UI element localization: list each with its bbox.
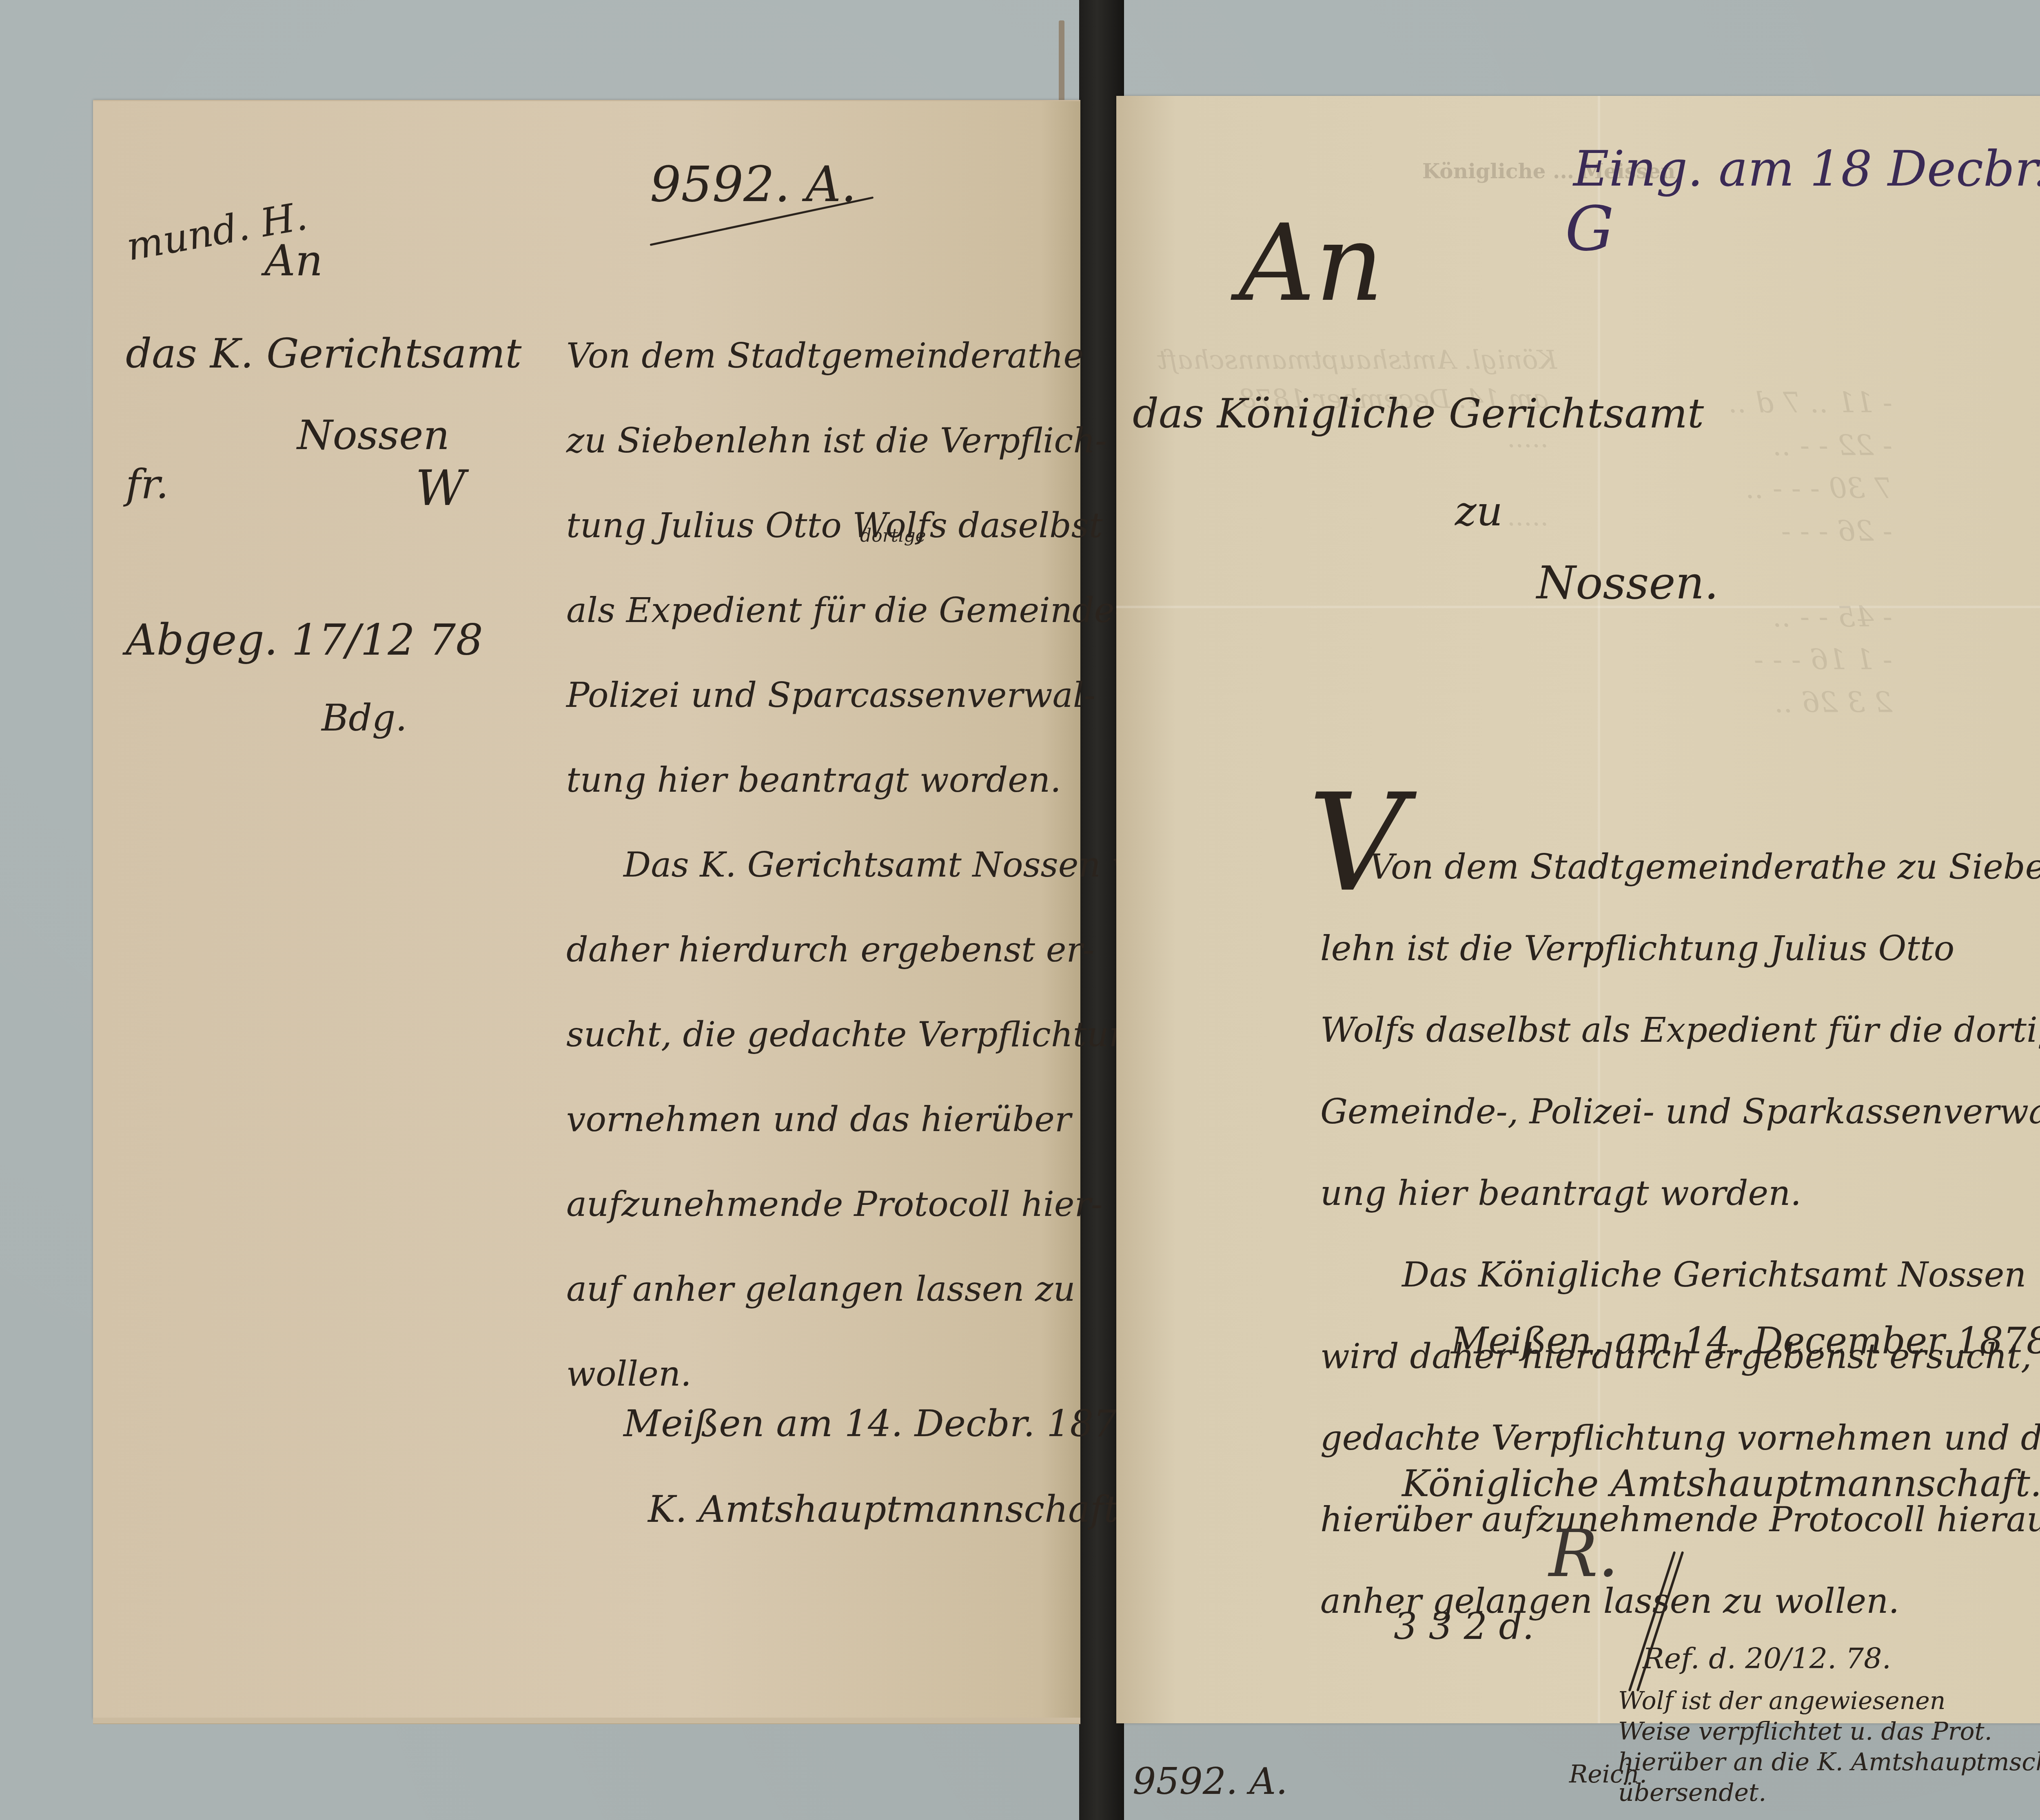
receipt-mark: G <box>1565 194 1614 265</box>
margin-note-fr: fr. <box>126 460 169 508</box>
draft-signature: K. Amtshauptmannschaft <box>648 1488 1118 1531</box>
margin-initials: Bdg. <box>322 697 407 740</box>
letter-line: lehn ist die Verpflichtung Julius Otto <box>1320 908 2040 989</box>
draft-line: Das K. Gerichtsamt Nossen wird <box>566 822 1190 907</box>
binding-thread <box>1059 20 1064 102</box>
journal-number: 3 3 2 d. <box>1394 1605 1534 1648</box>
draft-line: zu Siebenlehn ist die Verpflich- <box>566 398 1190 483</box>
annotation-line: hierüber an die K. Amtshauptmsch. <box>1618 1748 2040 1776</box>
left-page: 9592. A. mund. H. An das K. Gerichtsamt … <box>93 100 1080 1718</box>
address-salutation: An <box>1239 202 1384 325</box>
draft-insertion: dortige <box>860 525 926 546</box>
address-preposition: zu <box>1455 487 1503 535</box>
address-recipient: das Königliche Gerichtsamt <box>1133 390 1704 437</box>
letter-line: Wolfs daselbst als Expedient für die dor… <box>1320 989 2040 1071</box>
margin-note-abgeg: Abgeg. 17/12 78 <box>126 615 483 665</box>
receipt-note: Eing. am 18 Decbr. 1878 <box>1573 141 2040 197</box>
paraph: R. <box>1549 1515 1619 1592</box>
letter-body: Von dem Stadtgemeinderathe zu Sieben- le… <box>1320 826 2040 1642</box>
draft-body: Von dem Stadtgemeinderathe zu Siebenlehn… <box>566 313 1190 1416</box>
margin-mark: W <box>415 460 466 517</box>
annotation-prefix: Reich. <box>1569 1760 1647 1789</box>
address-place: Nossen. <box>1537 557 1718 609</box>
margin-note-an: An <box>264 236 323 286</box>
file-number-bottom: 9592. A. <box>1133 1760 1288 1803</box>
draft-line: daher hierdurch ergebenst er- <box>566 907 1190 992</box>
draft-line: auf anher gelangen lassen zu <box>566 1247 1190 1331</box>
file-number-top: 9592. A. <box>650 156 856 213</box>
margin-note-recipient: das K. Gerichtsamt <box>126 330 521 377</box>
letter-line: ung hier beantragt worden. <box>1320 1152 2040 1234</box>
initial-capital-v: V <box>1308 765 1405 921</box>
annotation-line: Weise verpflichtet u. das Prot. <box>1618 1717 1992 1746</box>
letter-signature: Königliche Amtshauptmannschaft. <box>1402 1462 2040 1505</box>
draft-line: Von dem Stadtgemeinderathe <box>566 313 1190 398</box>
letter-line: Gemeinde-, Polizei- und Sparkassenverwal… <box>1320 1071 2040 1152</box>
draft-line: tung hier beantragt worden. <box>566 737 1190 822</box>
annotation-line: Ref. d. 20/12. 78. <box>1643 1642 1891 1675</box>
letter-line: Das Königliche Gerichtsamt Nossen <box>1320 1234 2040 1315</box>
margin-note-place: Nossen <box>297 411 450 459</box>
letter-place-date: Meißen, am 14. December 1878. <box>1451 1320 2040 1362</box>
draft-place-date: Meißen am 14. Decbr. 1878. <box>623 1402 1152 1445</box>
draft-line: als Expedient für die Gemeinde- <box>566 568 1190 653</box>
draft-line: vornehmen und das hierüber <box>566 1077 1190 1162</box>
right-page: - 11 .. 7 d .. - 22 - - .. 7 30 - - - ..… <box>1116 96 2040 1723</box>
letter-line: Von dem Stadtgemeinderathe zu Sieben- <box>1320 826 2040 908</box>
draft-line: aufzunehmende Protocoll hier- <box>566 1162 1190 1247</box>
bleed-through-text: - 11 .. 7 d .. - 22 - - .. 7 30 - - - ..… <box>1728 381 1892 724</box>
draft-line: Polizei und Sparcassenverwal- <box>566 653 1190 737</box>
draft-line: sucht, die gedachte Verpflichtung <box>566 992 1190 1077</box>
left-page-underlying-sheet <box>93 1718 1080 1724</box>
annotation-line: Wolf ist der angewiesenen <box>1618 1687 1946 1715</box>
